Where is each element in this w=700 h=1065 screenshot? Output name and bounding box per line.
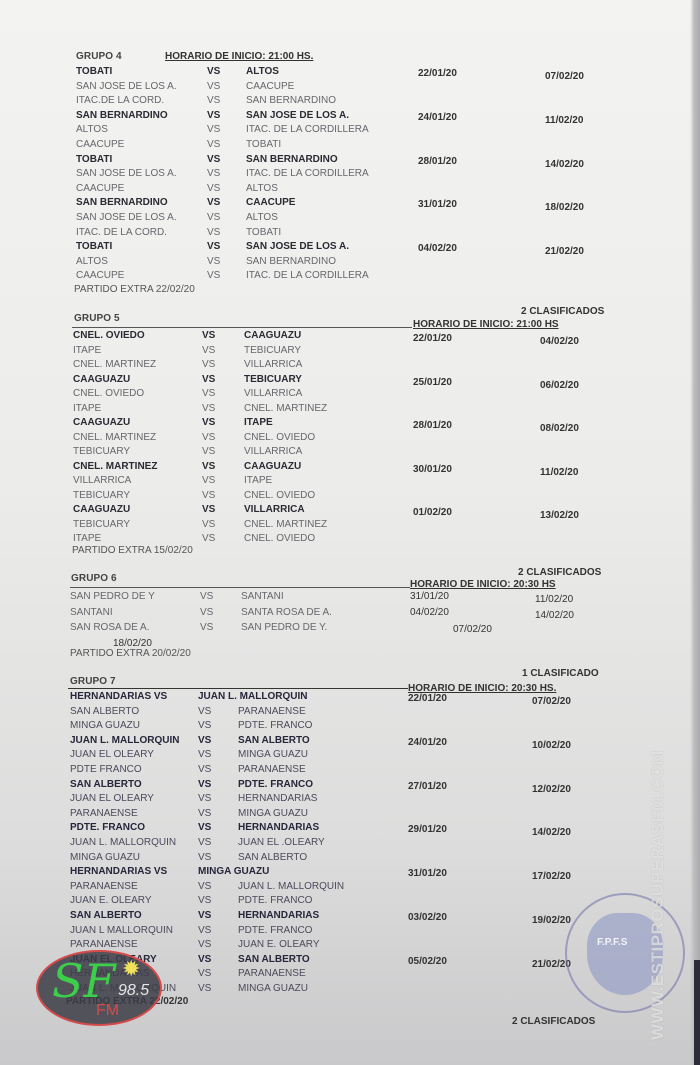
first-leg-date: 22/01/20 [413,333,452,344]
versus-label: VS [200,622,213,633]
match-row: ITAC. DE LA CORD.VSTOBATI [0,227,620,241]
away-team: SANTANI [241,591,284,602]
background-edge [694,960,700,1065]
away-team: MINGA GUAZU [238,983,308,994]
versus-label: VS [207,241,220,252]
match-row: ITAPEVSCNEL. MARTINEZ [0,403,620,417]
match-row: ALTOSVSITAC. DE LA CORDILLERA [0,124,620,138]
home-team: SAN BERNARDINO [76,197,168,208]
away-team: PARANAENSE [238,968,306,979]
first-leg-date: 22/01/20 [418,68,457,79]
away-team: SAN JOSE DE LOS A. [246,110,349,121]
versus-label: VS [207,197,220,208]
away-team: TEBICUARY [244,345,301,356]
away-team: TOBATI [246,139,281,150]
first-leg-date: 31/01/20 [410,591,449,602]
second-leg-date: 17/02/20 [532,871,571,882]
away-team: VILLARRICA [244,359,302,370]
match-row: TOBATIVSSAN JOSE DE LOS A. [0,241,620,255]
away-team: SAN JOSE DE LOS A. [246,241,349,252]
second-leg-date: 11/02/20 [540,467,578,478]
home-team: PARANAENSE [70,881,138,892]
second-leg-date: 14/02/20 [532,827,571,838]
away-team: SAN BERNARDINO [246,256,336,267]
away-team: VILLARRICA [244,388,302,399]
away-team: ITAC. DE LA CORDILLERA [246,168,369,179]
versus-label: VS [202,533,215,544]
first-leg-date: 03/02/20 [408,912,447,923]
versus-label: VS [202,330,215,341]
match-row: MINGA GUAZUVSPDTE. FRANCO [0,720,620,734]
radio-logo-band: FM [96,1002,119,1020]
away-team: CAACUPE [246,81,294,92]
second-leg-date: 04/02/20 [540,336,579,347]
versus-label: VS [198,808,211,819]
match-row: JUAN EL OLEARYVSHERNANDARIAS [0,793,620,807]
match-row: SAN ALBERTOVSHERNANDARIAS [0,910,620,924]
home-team: SAN PEDRO DE Y [70,591,155,602]
second-leg-date: 18/02/20 [545,202,584,213]
second-leg-date: 11/02/20 [535,594,573,605]
home-team: MINGA GUAZU [70,720,140,731]
radio-logo-frequency: 98.5 [118,982,149,1000]
away-team: SAN ALBERTO [238,852,307,863]
versus-label: VS [207,270,220,281]
home-team: ITAPE [73,533,101,544]
versus-label: VS [207,81,220,92]
match-row: SAN ROSA DE A.VSSAN PEDRO DE Y. [0,622,620,636]
match-row: CAAGUAZUVSITAPE [0,417,620,431]
versus-label: VS [207,66,220,77]
group-5-horario: HORARIO DE INICIO: 21:00 HS [413,319,559,330]
home-team: SANTANI [70,607,113,618]
versus-label: VS [202,359,215,370]
match-row: HERNANDARIAS VSMINGA GUAZU [0,866,620,880]
away-team: CNEL. OVIEDO [244,533,315,544]
group-4-title: GRUPO 4 [76,51,122,62]
match-row: CNEL. MARTINEZVSCAAGUAZU [0,461,620,475]
versus-label: VS [202,374,215,385]
versus-label: VS [207,139,220,150]
versus-label: VS [202,490,215,501]
home-team: SAN JOSE DE LOS A. [76,212,177,223]
home-team: TOBATI [76,66,112,77]
away-team: MINGA GUAZU [238,749,308,760]
match-row: PARANAENSEVSMINGA GUAZU [0,808,620,822]
away-team: HERNANDARIAS [238,793,317,804]
versus-label: VS [198,954,211,965]
away-team: SAN ALBERTO [238,954,310,965]
away-team: SAN BERNARDINO [246,95,336,106]
match-row: PARANAENSEVSJUAN L. MALLORQUIN [0,881,620,895]
group-6-clasificados: 1 CLASIFICADO [522,668,599,679]
versus-label: VS [207,256,220,267]
away-team: ITAPE [244,475,272,486]
home-team: JUAN E. OLEARY [70,895,152,906]
home-team: PDTE FRANCO [70,764,142,775]
first-leg-date: 24/01/20 [408,737,447,748]
first-leg-date: 01/02/20 [413,507,452,518]
first-leg-date: 31/01/20 [418,199,457,210]
versus-label: VS [198,925,211,936]
page-edge-shadow [690,0,700,1065]
versus-label: VS [207,227,220,238]
away-team: SANTA ROSA DE A. [241,607,332,618]
away-team: PARANAENSE [238,706,306,717]
home-team: TOBATI [76,241,112,252]
versus-label: VS [198,779,211,790]
sun-icon: ✹ [122,956,140,982]
home-team: SAN BERNARDINO [76,110,168,121]
match-row: CNEL. MARTINEZVSCNEL. OVIEDO [0,432,620,446]
away-team: HERNANDARIAS [238,910,319,921]
home-team: JUAN L. MALLORQUIN [70,735,179,746]
versus-label: VS [202,519,215,530]
away-team: PDTE. FRANCO [238,895,312,906]
match-row: TEBICUARYVSCNEL. MARTINEZ [0,519,620,533]
home-team: SAN ALBERTO [70,779,142,790]
second-leg-date: 11/02/20 [545,115,583,126]
match-row: TEBICUARYVSCNEL. OVIEDO [0,490,620,504]
home-team: CNEL. MARTINEZ [73,461,157,472]
group-5-clasificados: 2 CLASIFICADOS [518,567,601,578]
match-row: PDTE FRANCOVSPARANAENSE [0,764,620,778]
home-team: SAN ROSA DE A. [70,622,149,633]
home-team: HERNANDARIAS VS [70,866,167,877]
match-row: CAACUPEVSITAC. DE LA CORDILLERA [0,270,620,284]
away-team: JUAN E. OLEARY [238,939,320,950]
group-7-title: GRUPO 7 [70,676,116,687]
match-row: TOBATIVSALTOS [0,66,620,80]
versus-label: VS [207,183,220,194]
versus-label: VS [198,852,211,863]
home-team: CNEL. MARTINEZ [73,359,156,370]
group-4-horario: HORARIO DE INICIO: 21:00 HS. [165,51,313,62]
versus-label: VS [198,881,211,892]
match-row: SAN BERNARDINOVSSAN JOSE DE LOS A. [0,110,620,124]
away-team: CNEL. MARTINEZ [244,403,327,414]
versus-label: VS [200,607,213,618]
match-row: SAN PEDRO DE YVSSANTANI [0,591,620,605]
match-row: SAN ALBERTOVSPDTE. FRANCO [0,779,620,793]
home-team: CAAGUAZU [73,417,130,428]
second-leg-date: 07/02/20 [545,71,584,82]
away-team: ITAC. DE LA CORDILLERA [246,270,369,281]
first-leg-date: 27/01/20 [408,781,447,792]
home-team: SAN JOSE DE LOS A. [76,168,177,179]
match-row: CAAGUAZUVSTEBICUARY [0,374,620,388]
away-team: CNEL. OVIEDO [244,432,315,443]
group-4-clasificados: 2 CLASIFICADOS [521,306,604,317]
away-team: CAAGUAZU [244,461,301,472]
home-team: ITAPE [73,403,101,414]
first-leg-date: 24/01/20 [418,112,457,123]
group-7-header-rule [68,688,408,689]
away-team: JUAN L. MALLORQUIN [198,691,307,702]
versus-label: VS [198,895,211,906]
away-team: CNEL. MARTINEZ [244,519,327,530]
home-team: HERNANDARIAS VS [70,691,167,702]
second-leg-date: 06/02/20 [540,380,579,391]
home-team: VILLARRICA [73,475,131,486]
second-leg-date: 13/02/20 [540,510,579,521]
away-team: ALTOS [246,183,278,194]
second-leg-date: 21/02/20 [545,246,584,257]
versus-label: VS [202,345,215,356]
away-team: TEBICUARY [244,374,302,385]
home-team: JUAN EL OLEARY [70,749,154,760]
stamp-logo-text: F.P.F.S [597,937,627,948]
home-team: TEBICUARY [73,490,130,501]
away-team: PDTE. FRANCO [238,720,312,731]
versus-label: VS [207,124,220,135]
versus-label: VS [202,417,215,428]
home-team: PARANAENSE [70,939,138,950]
home-team: ALTOS [76,256,108,267]
second-leg-date: 14/02/20 [535,610,574,621]
versus-label: VS [198,837,211,848]
away-team: ALTOS [246,212,278,223]
group-6-horario: HORARIO DE INICIO: 20:30 HS [410,579,556,590]
away-team: PDTE. FRANCO [238,779,313,790]
versus-label: VS [198,939,211,950]
away-team: HERNANDARIAS [238,822,319,833]
versus-label: VS [202,504,215,515]
versus-label: VS [207,95,220,106]
home-team: JUAN L MALLORQUIN [70,925,173,936]
away-team: VILLARRICA [244,504,305,515]
home-team: SAN JOSE DE LOS A. [76,81,177,92]
home-team: CAAGUAZU [73,374,130,385]
versus-label: VS [202,403,215,414]
versus-label: VS [207,212,220,223]
first-leg-date: 05/02/20 [408,956,447,967]
home-team: CNEL. MARTINEZ [73,432,156,443]
versus-label: VS [198,735,211,746]
versus-label: VS [207,154,220,165]
match-row: PDTE. FRANCOVSHERNANDARIAS [0,822,620,836]
home-team: JUAN L. MALLORQUIN [70,837,176,848]
group-6-extra-match: PARTIDO EXTRA 20/02/20 [70,648,191,659]
versus-label: VS [198,822,211,833]
home-team: CAACUPE [76,139,124,150]
radio-station-logo: SF ✹ 98.5 FM [36,950,162,1026]
match-row: JUAN L MALLORQUINVSPDTE. FRANCO [0,925,620,939]
second-leg-date: 14/02/20 [545,159,584,170]
match-row: ITAPEVSTEBICUARY [0,345,620,359]
first-leg-date: 04/02/20 [418,243,457,254]
first-leg-date: 30/01/20 [413,464,452,475]
away-team: CNEL. OVIEDO [244,490,315,501]
group-6-header-rule [70,587,410,588]
home-team: ITAPE [73,345,101,356]
match-row: JUAN E. OLEARYVSPDTE. FRANCO [0,895,620,909]
group-4-extra-match: PARTIDO EXTRA 22/02/20 [74,284,195,295]
versus-label: VS [202,432,215,443]
versus-label: VS [207,168,220,179]
radio-logo-letters: SF [52,954,115,1008]
first-leg-date: 28/01/20 [413,420,452,431]
first-leg-date: 04/02/20 [410,607,449,618]
match-row: ITAC.DE LA CORD.VSSAN BERNARDINO [0,95,620,109]
match-row: VILLARRICAVSITAPE [0,475,620,489]
match-row: CAACUPEVSALTOS [0,183,620,197]
second-leg-date: 07/02/20 [532,696,571,707]
versus-label: VS [198,983,211,994]
home-team: ITAC.DE LA CORD. [76,95,164,106]
match-row: CAACUPEVSTOBATI [0,139,620,153]
versus-label: VS [198,720,211,731]
versus-label: VS [200,591,213,602]
match-row: JUAN L. MALLORQUINVSJUAN EL .OLEARY [0,837,620,851]
home-team: CAACUPE [76,270,124,281]
away-team: SAN ALBERTO [238,735,310,746]
away-team: CAAGUAZU [244,330,301,341]
home-team: MINGA GUAZU [70,852,140,863]
away-team: ITAC. DE LA CORDILLERA [246,124,369,135]
away-team: PDTE. FRANCO [238,925,312,936]
first-leg-date: 31/01/20 [408,868,447,879]
home-team: TOBATI [76,154,112,165]
match-row: SAN ALBERTOVSPARANAENSE [0,706,620,720]
group-5-header-rule [72,327,412,328]
away-team: JUAN EL .OLEARY [238,837,325,848]
home-team: CAAGUAZU [73,504,130,515]
match-row: CAAGUAZUVSVILLARRICA [0,504,620,518]
away-team: MINGA GUAZU [238,808,308,819]
group-7-clasificados: 2 CLASIFICADOS [512,1016,595,1027]
home-team: ITAC. DE LA CORD. [76,227,167,238]
match-row: SAN JOSE DE LOS A.VSITAC. DE LA CORDILLE… [0,168,620,182]
away-team: ALTOS [246,66,279,77]
versus-label: VS [198,749,211,760]
versus-label: VS [198,910,211,921]
away-team: SAN PEDRO DE Y. [241,622,327,633]
away-team: ITAPE [244,417,273,428]
away-team: PARANAENSE [238,764,306,775]
home-team: SAN ALBERTO [70,910,142,921]
group-6-title: GRUPO 6 [71,573,117,584]
versus-label: VS [198,706,211,717]
away-team: TOBATI [246,227,281,238]
second-leg-date: 12/02/20 [532,784,571,795]
versus-label: VS [198,968,211,979]
away-team: VILLARRICA [244,446,302,457]
second-leg-date: 19/02/20 [532,915,571,926]
home-team: CAACUPE [76,183,124,194]
match-row: SAN BERNARDINOVSCAACUPE [0,197,620,211]
match-row: CNEL. OVIEDOVSVILLARRICA [0,388,620,402]
match-row: SAN JOSE DE LOS A.VSALTOS [0,212,620,226]
away-team: MINGA GUAZU [198,866,269,877]
match-row: HERNANDARIAS VSJUAN L. MALLORQUIN [0,691,620,705]
versus-label: VS [202,475,215,486]
match-row: MINGA GUAZUVSSAN ALBERTO [0,852,620,866]
first-leg-date: 29/01/20 [408,824,447,835]
match-row: TEBICUARYVSVILLARRICA [0,446,620,460]
away-team: CAACUPE [246,197,295,208]
first-leg-date: 25/01/20 [413,377,452,388]
versus-label: VS [202,446,215,457]
versus-label: VS [198,793,211,804]
match-row: SAN JOSE DE LOS A.VSCAACUPE [0,81,620,95]
away-team: SAN BERNARDINO [246,154,338,165]
website-watermark: WWW.ESTIPROSUPERASFM.COM [648,750,668,1040]
home-team: JUAN EL OLEARY [70,793,154,804]
first-leg-date: 28/01/20 [418,156,457,167]
match-row: SANTANIVSSANTA ROSA DE A. [0,607,620,621]
first-leg-date: 07/02/20 [453,624,492,635]
home-team: SAN ALBERTO [70,706,139,717]
home-team: CNEL. OVIEDO [73,388,144,399]
match-row: CNEL. OVIEDOVSCAAGUAZU [0,330,620,344]
group-5-extra-match: PARTIDO EXTRA 15/02/20 [72,545,193,556]
versus-label: VS [198,764,211,775]
fixture-document-page: GRUPO 4 HORARIO DE INICIO: 21:00 HS. TOB… [0,0,700,1065]
home-team: TEBICUARY [73,519,130,530]
first-leg-date: 22/01/20 [408,693,447,704]
match-row: JUAN L. MALLORQUINVSSAN ALBERTO [0,735,620,749]
match-row: CNEL. MARTINEZVSVILLARRICA [0,359,620,373]
home-team: TEBICUARY [73,446,130,457]
away-team: JUAN L. MALLORQUIN [238,881,344,892]
home-team: CNEL. OVIEDO [73,330,145,341]
versus-label: VS [202,388,215,399]
versus-label: VS [207,110,220,121]
match-row: ALTOSVSSAN BERNARDINO [0,256,620,270]
home-team: ALTOS [76,124,108,135]
match-row: JUAN EL OLEARYVSMINGA GUAZU [0,749,620,763]
group-5-title: GRUPO 5 [74,313,120,324]
second-leg-date: 08/02/20 [540,423,579,434]
versus-label: VS [202,461,215,472]
home-team: PARANAENSE [70,808,138,819]
second-leg-date: 10/02/20 [532,740,571,751]
match-row: TOBATIVSSAN BERNARDINO [0,154,620,168]
home-team: PDTE. FRANCO [70,822,145,833]
